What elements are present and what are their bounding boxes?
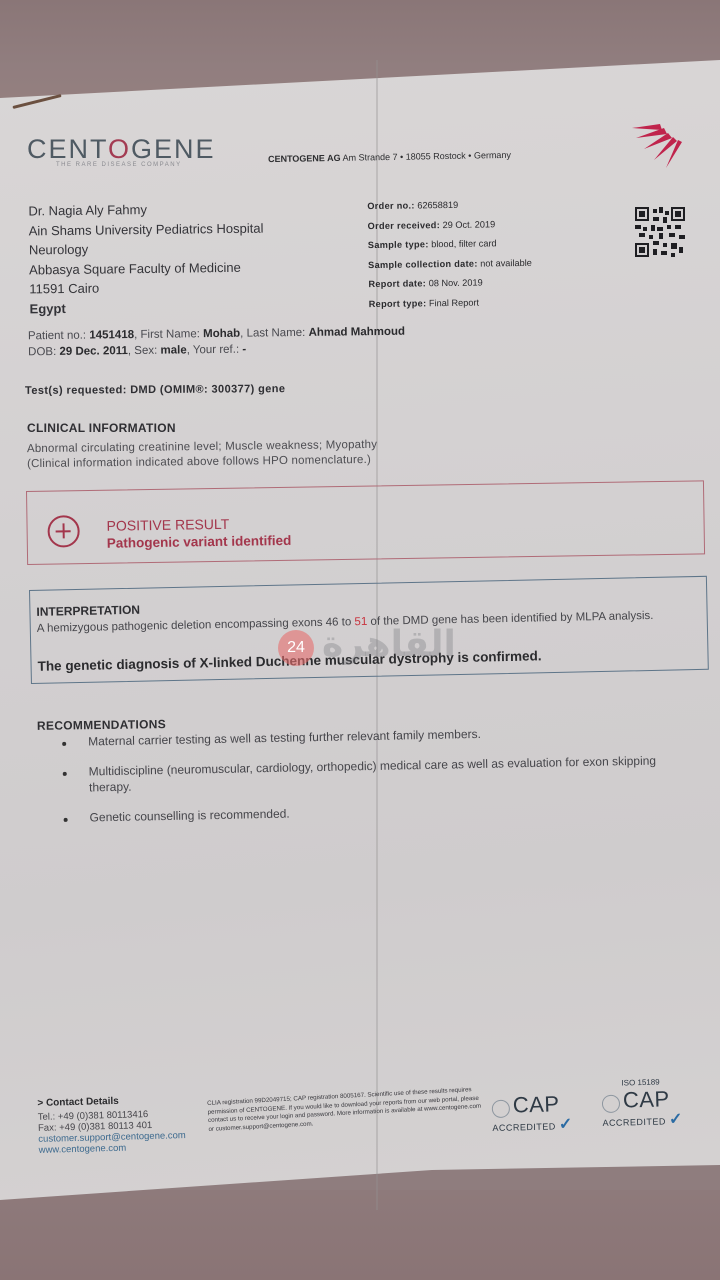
clinical-line: (Clinical information indicated above fo… (27, 453, 377, 472)
interpretation-title: INTERPRETATION (36, 603, 140, 619)
contact-title: > Contact Details (37, 1094, 185, 1109)
recommendations-title: RECOMMENDATIONS (37, 717, 166, 733)
report-type-row: Report type: Final Report (369, 292, 533, 314)
order-received-row: Order received: 29 Oct. 2019 (367, 214, 531, 236)
clinical-info-title: CLINICAL INFORMATION (27, 421, 176, 435)
order-label: Sample collection date: (368, 258, 478, 270)
order-number-row: Order no.: 62658819 (367, 195, 531, 217)
order-label: Sample type: (368, 239, 429, 250)
centogene-logo: CENTOGENE (27, 134, 216, 165)
interpretation-box: INTERPRETATION A hemizygous pathogenic d… (29, 576, 709, 684)
recipient-line: Ain Shams University Pediatrics Hospital (29, 218, 264, 240)
qr-code-icon[interactable] (635, 207, 685, 257)
tests-requested: Test(s) requested: DMD (OMIM®: 300377) g… (25, 383, 286, 397)
last-name-label: Last Name: (246, 327, 305, 340)
recipient-address: Dr. Nagia Aly Fahmy Ain Shams University… (28, 199, 264, 319)
order-info: Order no.: 62658819 Order received: 29 O… (367, 195, 532, 314)
dob-label: DOB: (28, 346, 56, 358)
order-value: Final Report (429, 297, 479, 308)
order-value: not available (480, 257, 532, 268)
clinical-info-text: Abnormal circulating creatinine level; M… (27, 438, 378, 472)
company-name: CENTOGENE AG (268, 153, 341, 164)
recommendations-list: Maternal carrier testing as well as test… (60, 722, 702, 840)
recipient-line: Abbasya Square Faculty of Medicine (29, 257, 264, 279)
last-name: Ahmad Mahmoud (308, 326, 405, 339)
order-value: blood, filter card (431, 238, 497, 249)
patient-no-label: Patient no.: (28, 330, 86, 343)
sample-collection-row: Sample collection date: not available (368, 253, 532, 275)
dob: 29 Dec. 2011 (59, 345, 128, 358)
order-value: 08 Nov. 2019 (429, 278, 483, 289)
accredited-text: ACCREDITED (602, 1116, 666, 1128)
accredited-label: ACCREDITED ✓ (602, 1109, 683, 1131)
recipient-country: Egypt (29, 296, 264, 318)
sex: male (160, 344, 186, 356)
result-title: POSITIVE RESULT (106, 516, 229, 534)
order-value: 29 Oct. 2019 (442, 219, 495, 230)
order-label: Report date: (368, 278, 426, 289)
result-subtitle: Pathogenic variant identified (107, 533, 292, 551)
legal-notice: CLIA registration 99D2049715; CAP regist… (207, 1085, 488, 1134)
checkmark-icon: ✓ (669, 1111, 683, 1128)
checkmark-icon: ✓ (559, 1116, 573, 1133)
lab-report: CENTOGENE THE RARE DISEASE COMPANY CENTO… (0, 0, 720, 1280)
accredited-label: ACCREDITED ✓ (492, 1114, 573, 1136)
interp-text-part: A hemizygous pathogenic deletion encompa… (37, 616, 355, 635)
interp-text-part: of the DMD gene has been identified by M… (367, 610, 653, 628)
accredited-text: ACCREDITED (492, 1121, 556, 1133)
ref-label: Your ref.: (193, 344, 239, 357)
sex-label: Sex: (134, 345, 157, 357)
first-name: Mohab (203, 328, 240, 340)
recommendation-item: Genetic counselling is recommended. (61, 798, 701, 826)
cap-accreditation-badge: CAP ACCREDITED ✓ (491, 1091, 573, 1136)
order-value: 62658819 (417, 200, 458, 211)
centogene-sun-icon (630, 122, 686, 174)
first-name-label: First Name: (140, 328, 200, 341)
patient-info: Patient no.: 1451418, First Name: Mohab,… (28, 324, 406, 361)
positive-result-box: POSITIVE RESULT Pathogenic variant ident… (26, 480, 705, 565)
logo-tagline: THE RARE DISEASE COMPANY (56, 162, 182, 168)
logo-text-part: CENT (27, 134, 108, 164)
exon-highlight: 51 (354, 616, 367, 628)
patient-no: 1451418 (89, 329, 134, 342)
order-label: Order no.: (367, 200, 415, 211)
recommendation-item: Multidiscipline (neuromuscular, cardiolo… (61, 752, 701, 796)
patient-line-2: DOB: 29 Dec. 2011, Sex: male, Your ref.:… (28, 340, 405, 361)
contact-details: > Contact Details Tel.: +49 (0)381 80113… (37, 1094, 186, 1156)
logo-text-part: GENE (131, 134, 216, 164)
company-street: Am Strande 7 • 18055 Rostock • Germany (342, 150, 511, 163)
sample-type-row: Sample type: blood, filter card (368, 234, 532, 256)
plus-circle-icon (47, 515, 79, 547)
diagnosis-conclusion: The genetic diagnosis of X-linked Duchen… (37, 648, 541, 674)
cap-iso-accreditation-badge: ISO 15189 CAP ACCREDITED ✓ (601, 1077, 683, 1131)
ref: - (242, 344, 246, 356)
order-label: Order received: (368, 220, 441, 231)
logo-o: O (108, 134, 131, 164)
report-date-row: Report date: 08 Nov. 2019 (368, 273, 532, 295)
order-label: Report type: (369, 298, 427, 309)
company-address: CENTOGENE AG Am Strande 7 • 18055 Rostoc… (268, 150, 511, 164)
